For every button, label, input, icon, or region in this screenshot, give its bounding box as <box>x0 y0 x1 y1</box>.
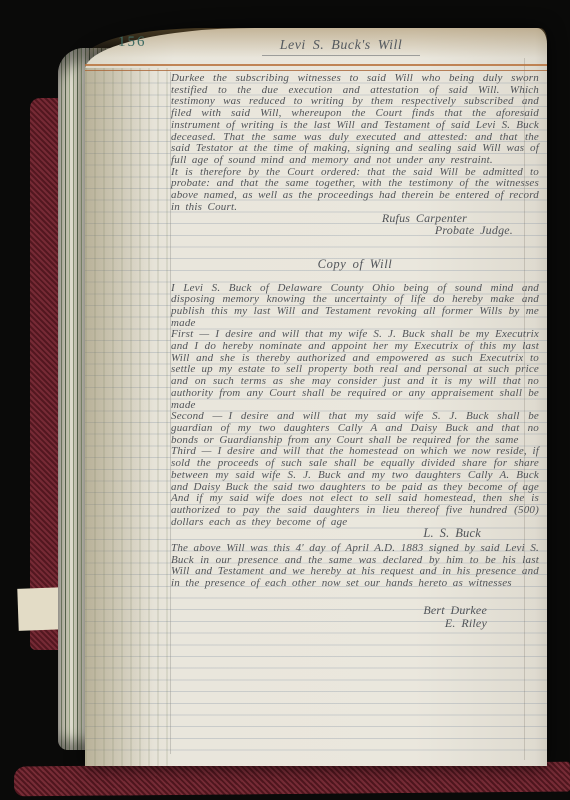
will-clause-third: Third —I desire and will that the homest… <box>171 446 539 528</box>
will-preamble: I Levi S. Buck of Delaware County Ohio b… <box>171 283 539 330</box>
witness-signature: E. Riley <box>171 617 539 630</box>
page-left-curl <box>85 68 171 766</box>
clause-label: Second — <box>171 410 223 422</box>
handwritten-text: Durkee the subscribing witnesses to said… <box>171 73 539 630</box>
clause-label: Third — <box>171 445 212 457</box>
book-cover-bottom-edge <box>14 762 570 797</box>
judge-title: Probate Judge. <box>171 225 539 237</box>
ledger-photo: 156 Levi S. Buck's Will Durkee the subsc… <box>0 0 570 800</box>
attestation-clause: The above Will was this 4' day of April … <box>171 543 539 590</box>
ledger-page: 156 Levi S. Buck's Will Durkee the subsc… <box>85 28 547 766</box>
probate-court-order: It is therefore by the Court ordered: th… <box>171 167 539 214</box>
witness-signatures: Bert Durkee E. Riley <box>171 604 539 630</box>
clause-label: First — <box>171 328 209 340</box>
clause-text: I desire and will that my wife S. J. Buc… <box>171 328 539 410</box>
header-double-rule <box>85 64 547 71</box>
clause-text: I desire and will that my said wife S. J… <box>171 410 539 445</box>
will-clause-first: First —I desire and will that my wife S.… <box>171 329 539 411</box>
clause-text: I desire and will that the homestead on … <box>171 445 539 527</box>
witness-signature: Bert Durkee <box>171 604 539 617</box>
page-title: Levi S. Buck's Will <box>262 38 421 56</box>
testator-signature: L. S. Buck <box>171 528 539 540</box>
probate-entry-body: Durkee the subscribing witnesses to said… <box>171 73 539 167</box>
copy-of-will-heading: Copy of Will <box>171 259 539 271</box>
will-clause-second: Second —I desire and will that my said w… <box>171 411 539 446</box>
page-number: 156 <box>118 34 147 51</box>
title-row: Levi S. Buck's Will <box>175 36 507 56</box>
